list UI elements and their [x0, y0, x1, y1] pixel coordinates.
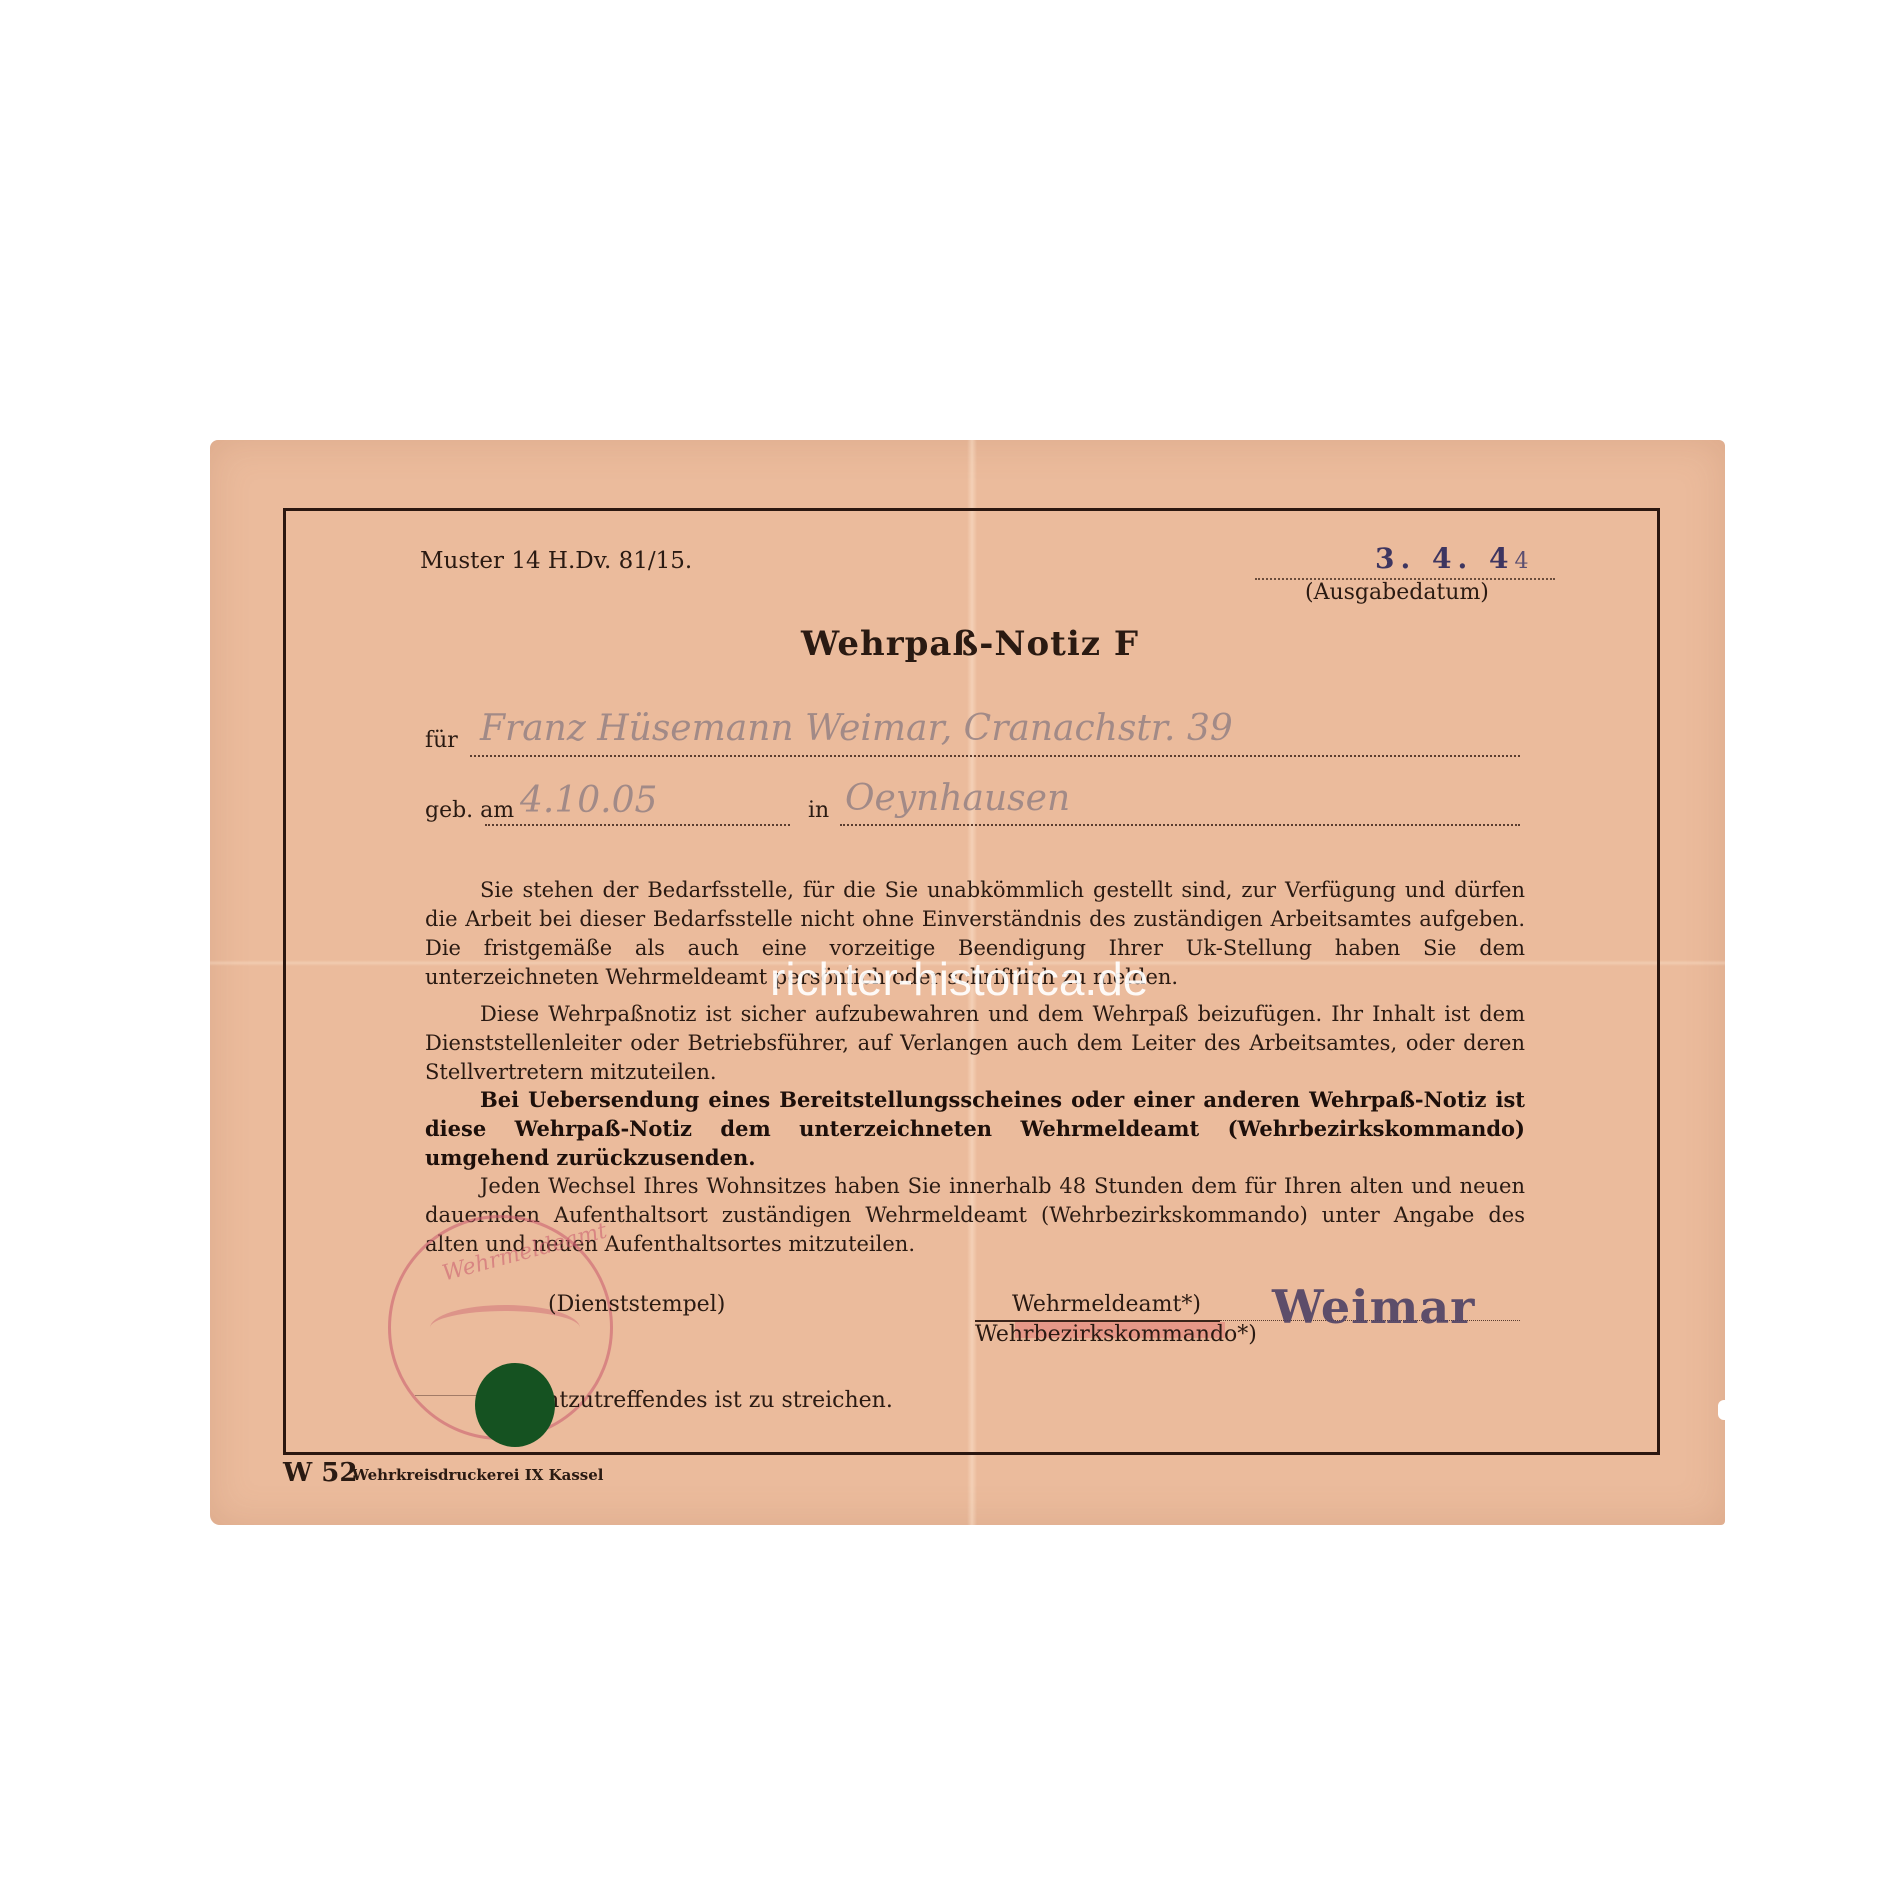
printer-code: W 52	[283, 1458, 357, 1488]
watermark: richter-historica.de	[770, 952, 1148, 1006]
paper-tear	[1718, 1400, 1732, 1420]
office-label-wehrbezirkskommando: Wehrbezirkskommando*)	[975, 1322, 1257, 1347]
fuer-label: für	[425, 728, 458, 753]
office-label-wehrmeldeamt: Wehrmeldeamt*)	[1012, 1292, 1201, 1317]
in-label: in	[808, 798, 829, 823]
document-title-text: Wehrpaß-Notiz F	[801, 624, 1139, 664]
office-value-stamp: Weimar	[1272, 1280, 1475, 1334]
geb-value[interactable]: 4.10.05	[520, 780, 657, 821]
paragraph-3-bold: Bei Uebersendung eines Bereitstellungssc…	[425, 1085, 1525, 1172]
in-value[interactable]: Oeynhausen	[845, 778, 1070, 819]
form-number: Muster 14 H.Dv. 81/15.	[420, 548, 692, 574]
stamp-label: (Dienststempel)	[548, 1292, 725, 1317]
paragraph-2: Diese Wehrpaßnotiz ist sicher aufzubewah…	[425, 1000, 1525, 1087]
geb-label: geb. am	[425, 798, 514, 823]
issue-date: 3. 4. 44	[1375, 542, 1534, 575]
printer-name: Wehrkreisdruckerei IX Kassel	[352, 1466, 603, 1484]
in-dotted-line	[840, 824, 1520, 826]
censor-dot	[475, 1363, 555, 1447]
issue-date-label: (Ausgabedatum)	[1305, 580, 1489, 605]
issue-date-suffix: 4	[1514, 549, 1534, 574]
issue-date-main: 3. 4. 4	[1375, 542, 1514, 575]
geb-dotted-line	[485, 824, 790, 826]
fuer-value[interactable]: Franz Hüsemann Weimar, Cranachstr. 39	[480, 708, 1233, 749]
document-title: Wehrpaß-Notiz F	[0, 624, 1900, 664]
fuer-dotted-line	[470, 755, 1520, 757]
